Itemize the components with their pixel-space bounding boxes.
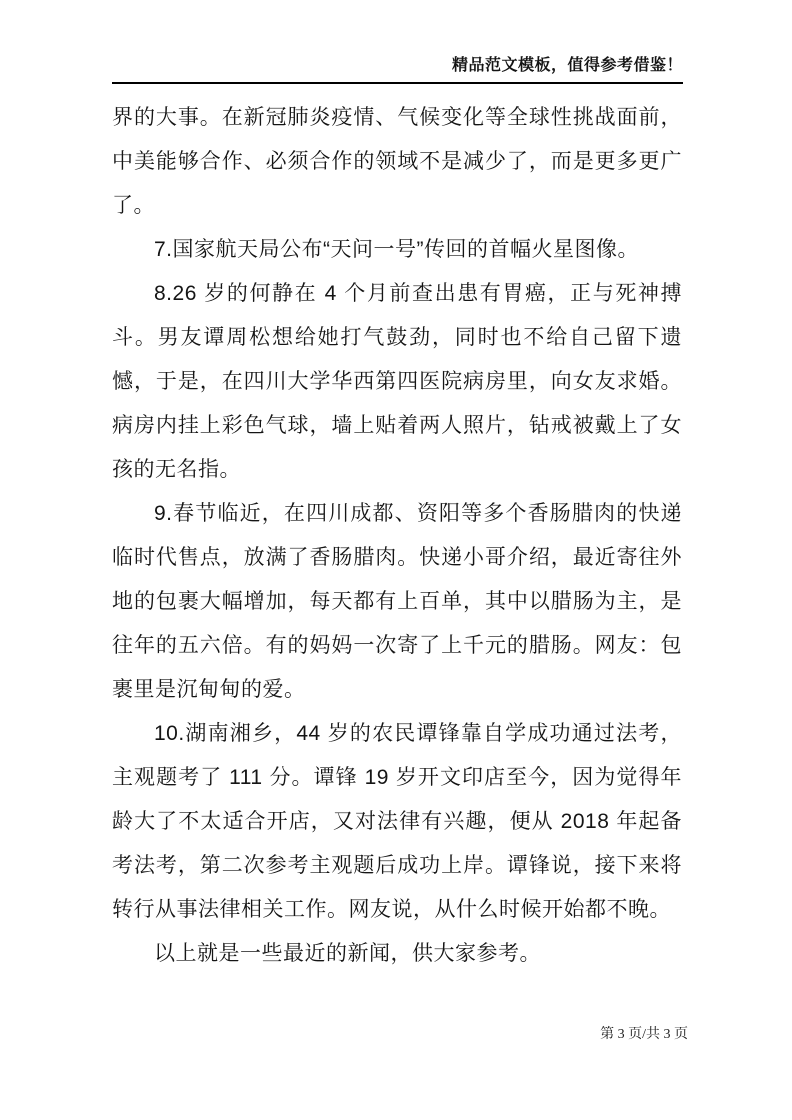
- paragraph-news-9: 9.春节临近，在四川成都、资阳等多个香肠腊肉的快递临时代售点，放满了香肠腊肉。快…: [112, 492, 682, 712]
- paragraph-closing: 以上就是一些最近的新闻，供大家参考。: [112, 932, 682, 976]
- page-number: 第 3 页/共 3 页: [112, 1026, 688, 1044]
- paragraph-news-7: 7.国家航天局公布“天问一号”传回的首幅火星图像。: [112, 228, 682, 272]
- document-body: 界的大事。在新冠肺炎疫情、气候变化等全球性挑战面前，中美能够合作、必须合作的领域…: [112, 96, 682, 976]
- paragraph-continuation: 界的大事。在新冠肺炎疫情、气候变化等全球性挑战面前，中美能够合作、必须合作的领域…: [112, 96, 682, 228]
- header-note: 精品范文模板，值得参考借鉴！: [112, 56, 683, 84]
- paragraph-news-8: 8.26 岁的何静在 4 个月前查出患有胃癌，正与死神搏斗。男友谭周松想给她打气…: [112, 272, 682, 492]
- document-page: 精品范文模板，值得参考借鉴！ 界的大事。在新冠肺炎疫情、气候变化等全球性挑战面前…: [0, 0, 792, 1120]
- paragraph-news-10: 10.湖南湘乡，44 岁的农民谭锋靠自学成功通过法考，主观题考了 111 分。谭…: [112, 712, 682, 932]
